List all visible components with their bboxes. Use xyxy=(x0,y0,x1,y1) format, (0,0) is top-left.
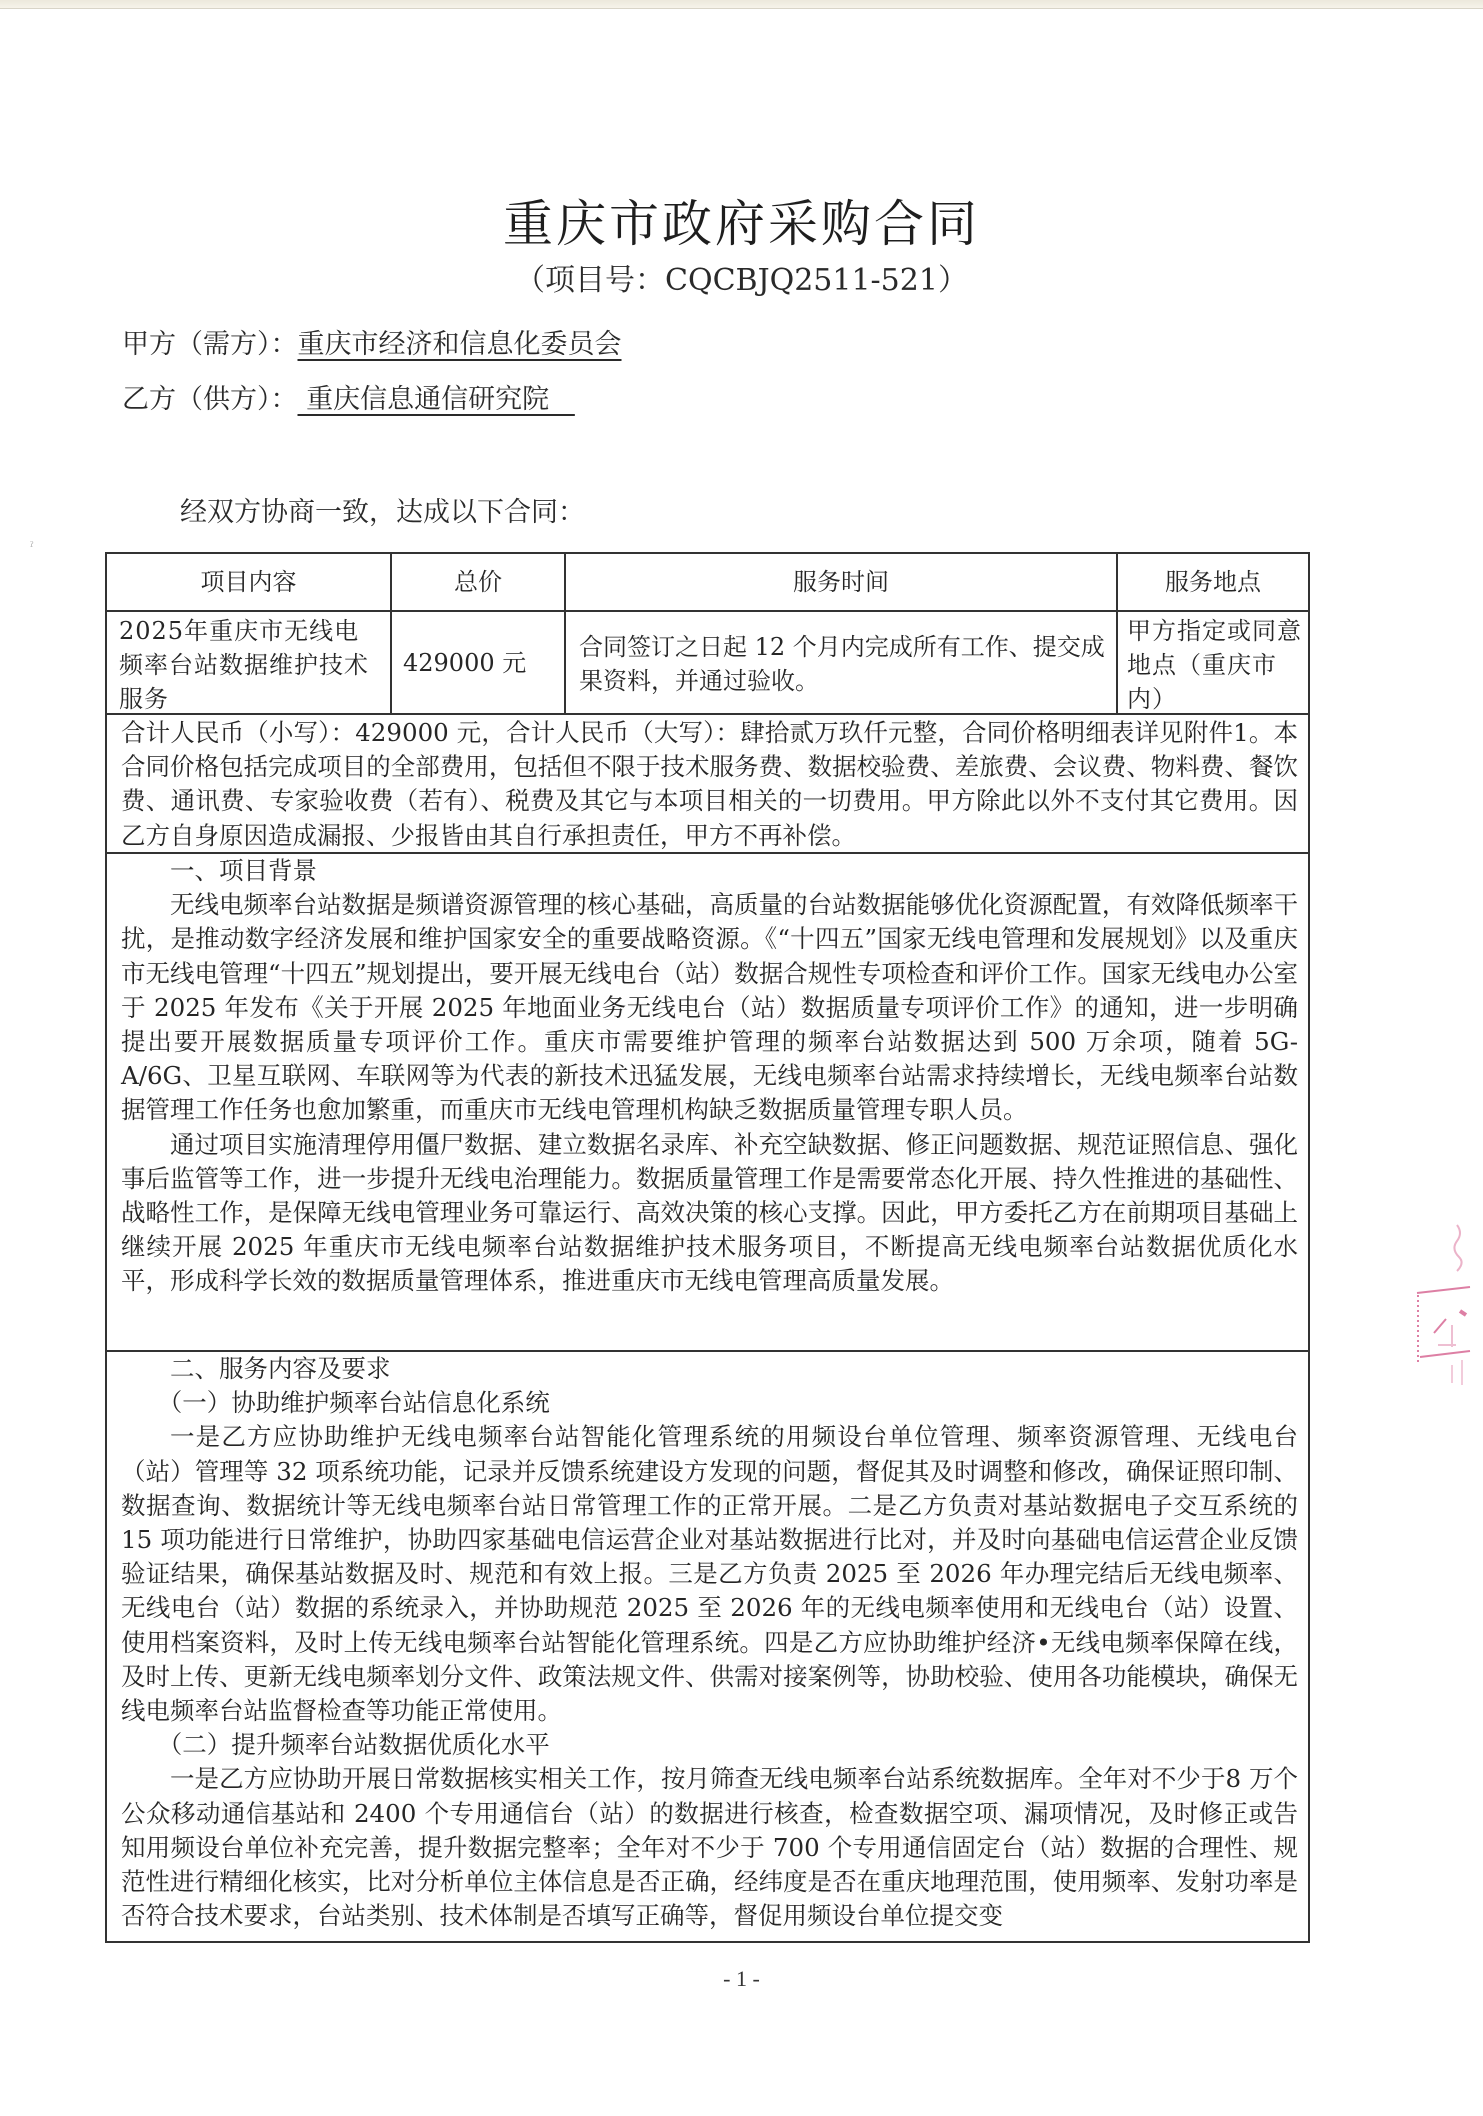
header-price: 总价 xyxy=(392,565,564,599)
cell-price: 429000 元 xyxy=(403,646,563,680)
section-heading: 一、项目背景 xyxy=(121,854,1298,888)
project-number: （项目号：CQCBJQ2511-521） xyxy=(0,255,1483,299)
cell-time: 合同签订之日起 12 个月内完成所有工作、提交成果资料，并通过验收。 xyxy=(579,630,1107,698)
party-b-label: 乙方（供方）： xyxy=(122,384,298,415)
section-heading: 二、服务内容及要求 xyxy=(121,1352,1298,1386)
party-a: 甲方（需方）：重庆市经济和信息化委员会 xyxy=(122,322,622,361)
header-divider xyxy=(107,610,1308,612)
subsection-heading: （一）协助维护频率台站信息化系统 xyxy=(121,1386,1298,1420)
subsection-heading: （二）提升频率台站数据优质化水平 xyxy=(121,1728,1298,1762)
paragraph: 一是乙方应协助开展日常数据核实相关工作，按月筛查无线电频率台站系统数据库。全年对… xyxy=(121,1762,1298,1933)
contract-table: 项目内容 总价 服务时间 服务地点 2025年重庆市无线电频率台站数据维护技术服… xyxy=(105,552,1310,1943)
paragraph: 一是乙方应协助维护无线电频率台站智能化管理系统的用频设台单位管理、频率资源管理、… xyxy=(121,1420,1298,1728)
section-services: 二、服务内容及要求 （一）协助维护频率台站信息化系统 一是乙方应协助维护无线电频… xyxy=(121,1352,1298,1933)
cell-item: 2025年重庆市无线电频率台站数据维护技术服务 xyxy=(119,614,379,716)
header-location: 服务地点 xyxy=(1118,565,1308,599)
intro-text: 经双方协商一致，达成以下合同： xyxy=(180,490,585,529)
paragraph: 无线电频率台站数据是频谱资源管理的核心基础，高质量的台站数据能够优化资源配置，有… xyxy=(121,888,1298,1127)
party-a-label: 甲方（需方）： xyxy=(122,329,298,360)
scan-edge xyxy=(0,0,1483,9)
document-title: 重庆市政府采购合同 xyxy=(0,184,1483,256)
paragraph: 通过项目实施清理停用僵尸数据、建立数据名录库、补充空缺数据、修正问题数据、规范证… xyxy=(121,1128,1298,1299)
total-paragraph: 合计人民币（小写）：429000 元，合计人民币（大写）：肆拾贰万玖仟元整，合同… xyxy=(121,716,1298,853)
header-item: 项目内容 xyxy=(107,565,390,599)
party-a-value: 重庆市经济和信息化委员会 xyxy=(298,329,622,360)
section-background: 一、项目背景 无线电频率台站数据是频谱资源管理的核心基础，高质量的台站数据能够优… xyxy=(121,854,1298,1299)
party-b-value: 重庆信息通信研究院 xyxy=(298,384,575,415)
total-text: 合计人民币（小写）：429000 元，合计人民币（大写）：肆拾贰万玖仟元整，合同… xyxy=(121,716,1298,853)
cell-location: 甲方指定或同意地点（重庆市内） xyxy=(1127,614,1303,716)
scan-speck: ˀ xyxy=(30,540,34,556)
page-number: - 1 - xyxy=(0,1966,1483,1992)
header-time: 服务时间 xyxy=(566,565,1116,599)
seal-stamp-icon xyxy=(1412,1215,1472,1390)
party-b: 乙方（供方）： 重庆信息通信研究院 xyxy=(122,377,575,416)
